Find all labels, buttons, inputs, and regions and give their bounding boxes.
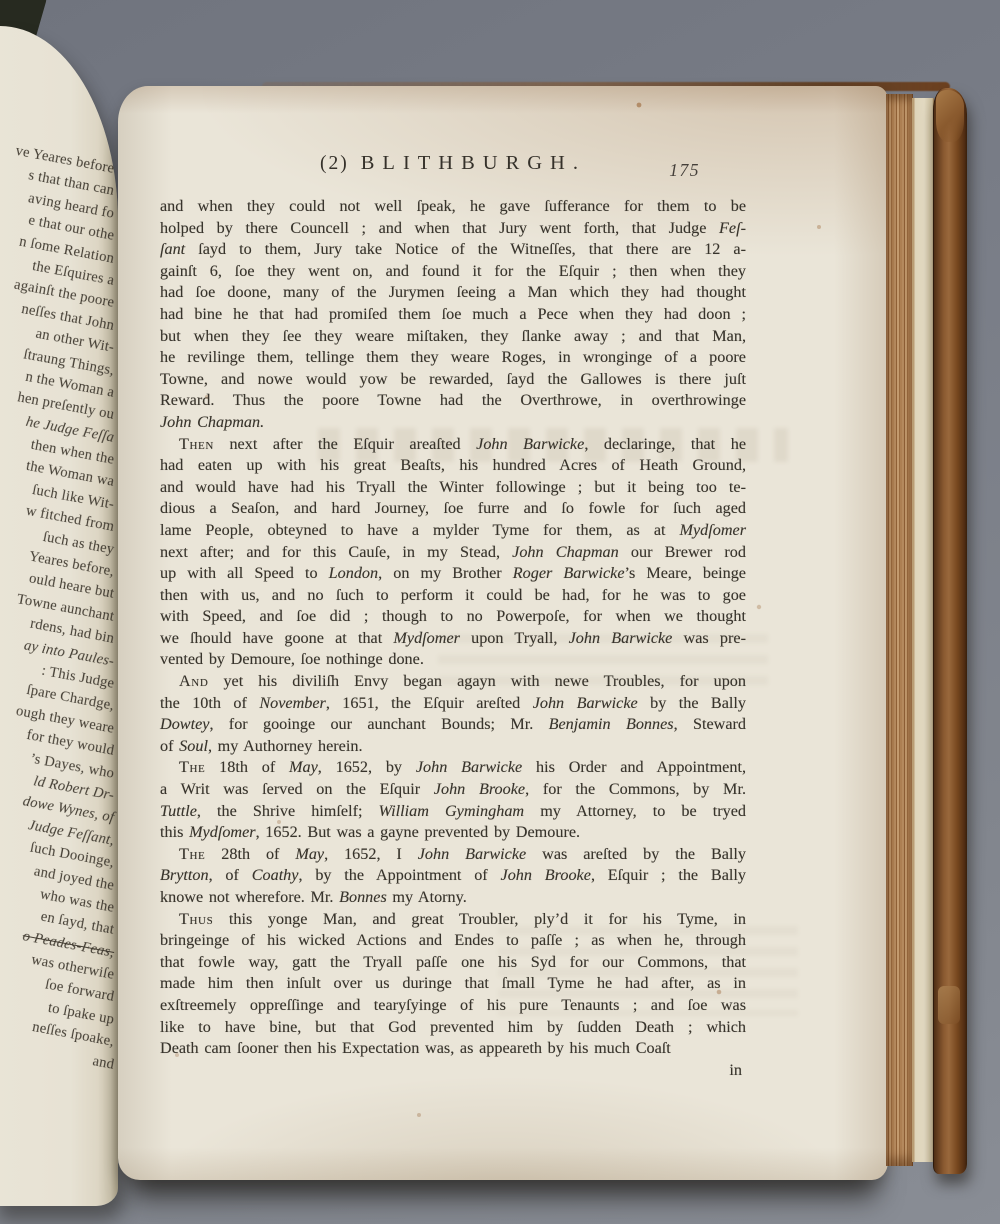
text-line: then with us, and no ſuch to perform it …	[160, 585, 746, 607]
text-line: and would have had his Tryall the Winter…	[160, 477, 746, 499]
text-line: that fowle way, gatt the Tryall paſſe on…	[160, 952, 746, 974]
text-line: bringeinge of his wicked Actions and End…	[160, 930, 746, 952]
text-line: the 10th of November, 1651, the Eſquir a…	[160, 693, 746, 715]
text-line: John Chapman.	[160, 412, 746, 434]
text-line: Tuttle, the Shrive himſelf; William Gymi…	[160, 801, 746, 823]
text-line: this Mydſomer, 1652. But was a gayne pre…	[160, 822, 746, 844]
text-line: Reward. Thus the poore Towne had the Ove…	[160, 390, 746, 412]
text-line: we ſhould have goone at that Mydſomer up…	[160, 628, 746, 650]
catchword: in	[160, 1060, 746, 1082]
text-line: had ſoe doone, many of the Jurymen ſeein…	[160, 282, 746, 304]
text-line: The 28th of May, 1652, I John Barwicke w…	[160, 844, 746, 866]
text-line: Thus this yonge Man, and great Troubler,…	[160, 909, 746, 931]
text-line: Dowtey, for gooinge our aunchant Bounds;…	[160, 714, 746, 736]
text-line: And yet his diviliſh Envy began agayn wi…	[160, 671, 746, 693]
foxing-specks	[118, 86, 120, 88]
text-line: made him then inſult over us duringe tha…	[160, 973, 746, 995]
body-text: and when they could not well ſpeak, he g…	[160, 196, 746, 1081]
text-line: Then next after the Eſquir areaſted John…	[160, 434, 746, 456]
section-number: (2)	[320, 153, 349, 174]
text-line: had eaten up with his great Beaſts, his …	[160, 455, 746, 477]
text-line: dious a Seaſon, and hard Journey, ſoe fu…	[160, 498, 746, 520]
text-line: Towne, and nowe would yow be rewarded, ſ…	[160, 369, 746, 391]
text-line: but when they ſee they weare miſtaken, t…	[160, 326, 746, 348]
text-line: lame People, obteyned to have a mylder T…	[160, 520, 746, 542]
text-line: a Writ was ſerved on the Eſquir John Bro…	[160, 779, 746, 801]
flyleaf-edge	[912, 98, 934, 1162]
text-line: Brytton, of Coathy, by the Appointment o…	[160, 865, 746, 887]
text-line: next after; and for this Cauſe, in my St…	[160, 542, 746, 564]
text-line: up with all Speed to London, on my Broth…	[160, 563, 746, 585]
text-line: gainſt 6, ſoe they went on, and found it…	[160, 261, 746, 283]
folio-number: 175	[669, 160, 700, 181]
left-page-text: ve Yeares befores that than canaving hea…	[0, 158, 114, 1076]
text-line: The 18th of May, 1652, by John Barwicke …	[160, 757, 746, 779]
text-line: Death cam ſooner then his Expectation wa…	[160, 1038, 746, 1060]
text-line: knowe not wherefore. Mr. Bonnes my Atorn…	[160, 887, 746, 909]
text-line: ſant ſayd to them, Jury take Notice of t…	[160, 239, 746, 261]
page-title: BLITHBURGH.	[361, 152, 586, 174]
main-page: (2)BLITHBURGH. 175 and when they could n…	[118, 86, 888, 1180]
text-line: and when they could not well ſpeak, he g…	[160, 196, 746, 218]
text-line: with Speed, and ſoe did ; though to no P…	[160, 606, 746, 628]
fore-edge-pages	[886, 94, 913, 1166]
text-line: of Soul, my Authorney herein.	[160, 736, 746, 758]
text-line: exſtreemely oppreſſinge and tearyſyinge …	[160, 995, 746, 1017]
text-line: had bine he that had promiſed them ſoe m…	[160, 304, 746, 326]
running-title: (2)BLITHBURGH.	[160, 152, 746, 175]
left-page: ve Yeares befores that than canaving hea…	[0, 26, 118, 1206]
page-header: (2)BLITHBURGH. 175	[160, 152, 746, 186]
book-photograph: { "colors": { "background_gray": "#797d8…	[0, 0, 1000, 1224]
text-line: holped by there Councell ; and when that…	[160, 218, 746, 240]
text-line: vented by Demoure, ſoe nothinge done.	[160, 649, 746, 671]
text-line: like to have bine, but that God prevente…	[160, 1017, 746, 1039]
leather-cover	[933, 88, 967, 1174]
text-line: he revilinge them, tellinge them they we…	[160, 347, 746, 369]
